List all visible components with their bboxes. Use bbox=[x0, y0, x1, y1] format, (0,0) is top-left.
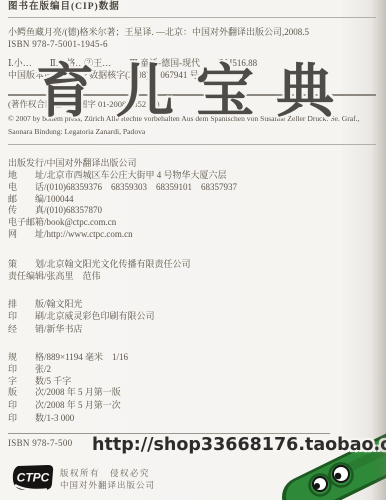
print-spec-row: 印 张/2 bbox=[8, 364, 51, 375]
planning-row: 责任编辑/张高里 范伟 bbox=[8, 271, 101, 282]
publisher-row: 传 真/(010)68357870 bbox=[8, 205, 102, 216]
watermark-shop-url: http://shop33668176.taobao.com bbox=[92, 435, 386, 455]
publisher-row: 网 址/http://www.ctpc.com.cn bbox=[8, 229, 133, 240]
print-spec-row: 印 数/1-3 000 bbox=[8, 413, 74, 424]
watermark-title: 育儿宝典 bbox=[36, 44, 356, 128]
book-copyright-page: 图书在版编目(CIP)数据 小鳄鱼藏月亮/(德)格米尔著；王星译. —北京：中国… bbox=[0, 0, 386, 500]
publisher-row: 电 话/(010)68359376 68359303 68359101 6835… bbox=[8, 182, 237, 193]
cip-title-line: 小鳄鱼藏月亮/(德)格米尔著；王星译. —北京：中国对外翻译出版公司,2008.… bbox=[8, 27, 309, 38]
publisher-row: 邮 编/100044 bbox=[8, 194, 74, 205]
publisher-row: 地 址/北京市西城区车公庄大街甲 4 号物华大厦六层 bbox=[8, 170, 227, 181]
production-row: 经 销/新华书店 bbox=[8, 324, 83, 335]
production-row: 印 刷/北京威灵彩色印刷有限公司 bbox=[8, 311, 155, 322]
footer-publisher-name: 中国对外翻译出版公司 bbox=[60, 479, 155, 491]
rights-statement: 版权所有 侵权必究 bbox=[60, 467, 150, 479]
print-spec-row: 印 次/2008 年 5 月第一次 bbox=[8, 400, 121, 411]
ctpc-logo-icon: CTPC bbox=[11, 463, 55, 493]
bottom-isbn-line: ISBN 978-7-500 bbox=[8, 438, 72, 449]
page-edge-shadow bbox=[372, 0, 386, 500]
divider bbox=[8, 17, 376, 18]
print-spec-row: 字 数/5 千字 bbox=[8, 376, 71, 387]
divider bbox=[8, 144, 376, 145]
production-row: 排 版/翰文阳光 bbox=[8, 299, 83, 310]
cip-header: 图书在版编目(CIP)数据 bbox=[8, 2, 120, 13]
ctpc-logo: CTPC bbox=[11, 463, 55, 493]
publisher-row: 出版发行/中国对外翻译出版公司 bbox=[8, 158, 137, 169]
print-spec-row: 版 次/2008 年 5 月第一版 bbox=[8, 387, 121, 398]
ctpc-logo-text: CTPC bbox=[17, 471, 50, 485]
publisher-row: 电子邮箱/book@ctpc.com.cn bbox=[8, 217, 116, 228]
print-spec-row: 规 格/889×1194 毫米 1/16 bbox=[8, 352, 128, 363]
planning-row: 策 划/北京翰文阳光文化传播有限责任公司 bbox=[8, 259, 191, 270]
